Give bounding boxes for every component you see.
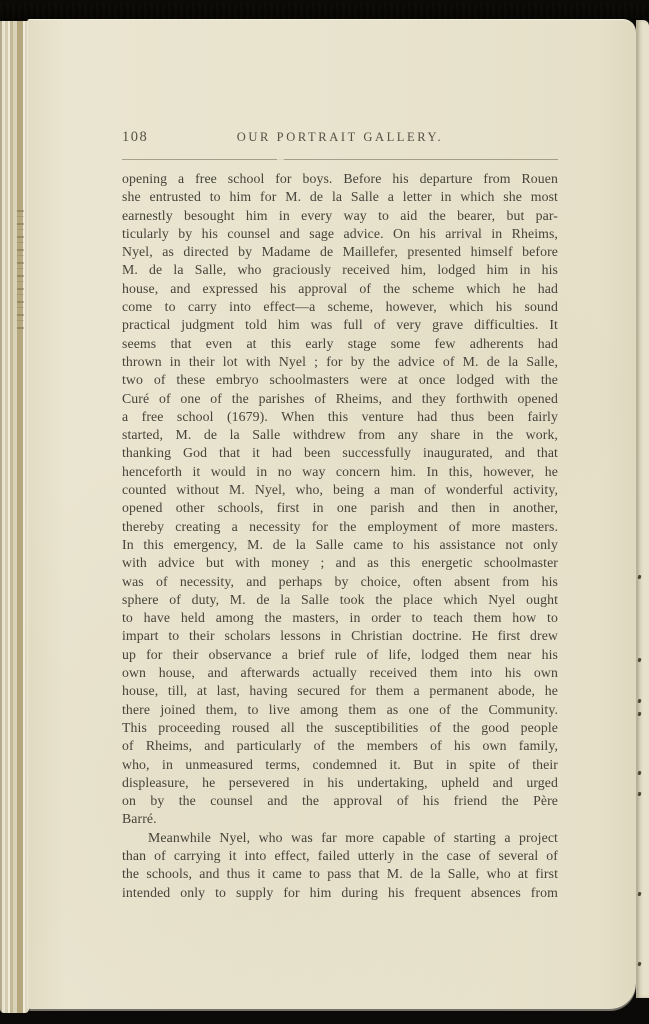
text-line: opening a free school for boys. Before h… (122, 170, 558, 188)
text-line: ticularly by his counsel and sage advice… (122, 225, 558, 243)
text-line: to have held among the masters, in order… (122, 609, 558, 627)
scanned-book-page-photo: 108 OUR PORTRAIT GALLERY. opening a free… (0, 0, 649, 1024)
text-line: sphere of duty, M. de la Salle took the … (122, 591, 558, 609)
text-line: come to carry into effect—a scheme, howe… (122, 298, 558, 316)
text-line: up for their observance a brief rule of … (122, 646, 558, 664)
text-line: Nyel, as directed by Madame de Maillefer… (122, 243, 558, 261)
text-line: practical judgment told him was full of … (122, 316, 558, 334)
text-line: there joined them, to live among them as… (122, 701, 558, 719)
running-head: 108 OUR PORTRAIT GALLERY. (122, 129, 558, 147)
book-cover-edge (0, 3, 649, 20)
header-rule (122, 159, 558, 160)
text-line: earnestly besought him in every way to a… (122, 207, 558, 225)
text-line: house, till, at last, having secured for… (122, 682, 558, 700)
text-line: house, and expressed his approval of the… (122, 280, 558, 298)
text-line: M. de la Salle, who graciously received … (122, 261, 558, 279)
text-line: Curé of one of the parishes of Rheims, a… (122, 390, 558, 408)
text-line: intended only to supply for him during h… (122, 884, 558, 902)
text-line: Barré. (122, 810, 558, 828)
text-line: a free school (1679). When this venture … (122, 408, 558, 426)
text-line: who, in unmeasured terms, condemned it. … (122, 756, 558, 774)
text-line: on by the counsel and the approval of hi… (122, 792, 558, 810)
text-line: than of carrying it into effect, failed … (122, 847, 558, 865)
text-line: henceforth it would in no way concern hi… (122, 463, 558, 481)
book-page: 108 OUR PORTRAIT GALLERY. opening a free… (28, 19, 636, 1009)
text-line: the schools, and thus it came to pass th… (122, 865, 558, 883)
text-line: thanking God that it had been successful… (122, 444, 558, 462)
text-line: own house, and afterwards actually recei… (122, 664, 558, 682)
text-line: Meanwhile Nyel, who was far more capable… (122, 829, 558, 847)
next-page-edge (636, 20, 649, 998)
text-line: In this emergency, M. de la Salle came t… (122, 536, 558, 554)
text-line: of Rheims, and particularly of the membe… (122, 737, 558, 755)
text-line: with advice but with money ; and as this… (122, 554, 558, 572)
text-line: two of these embryo schoolmasters were a… (122, 371, 558, 389)
text-line: impart to their scholars lessons in Chri… (122, 627, 558, 645)
text-line: This proceeding roused all the susceptib… (122, 719, 558, 737)
text-line: seems that even at this early stage some… (122, 335, 558, 353)
text-line: she entrusted to him for M. de la Salle … (122, 188, 558, 206)
fore-edge-speckles (17, 210, 24, 330)
text-line: counted without M. Nyel, who, being a ma… (122, 481, 558, 499)
text-line: displeasure, he persevered in his undert… (122, 774, 558, 792)
text-line: thrown in their lot with Nyel ; for by t… (122, 353, 558, 371)
text-line: opened other schools, first in one paris… (122, 499, 558, 517)
page-stack-edges (0, 21, 29, 1013)
running-title: OUR PORTRAIT GALLERY. (122, 130, 558, 145)
body-text: opening a free school for boys. Before h… (122, 170, 558, 902)
text-line: was of necessity, and perhaps by choice,… (122, 573, 558, 591)
text-line: started, M. de la Salle withdrew from an… (122, 426, 558, 444)
text-line: thereby creating a necessity for the emp… (122, 518, 558, 536)
